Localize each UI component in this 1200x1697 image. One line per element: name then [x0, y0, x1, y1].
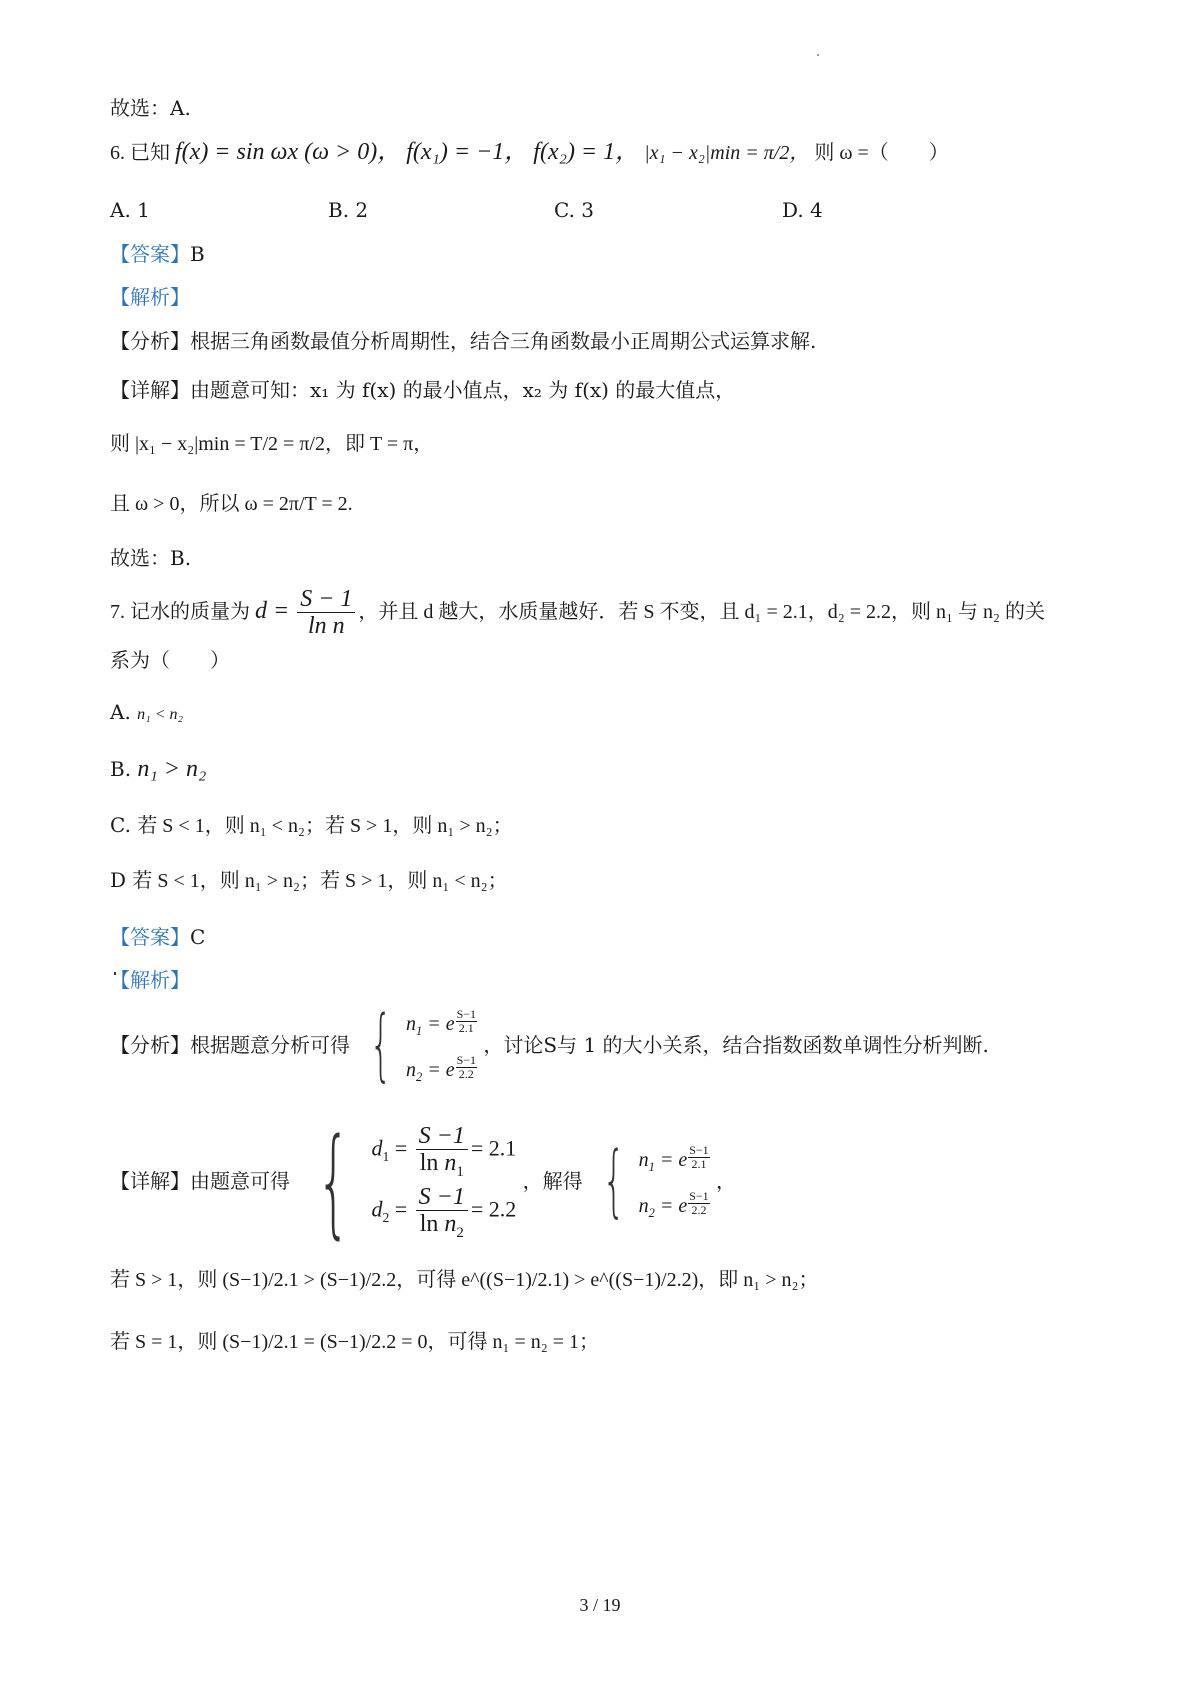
xiangjie-tag: 【详解】 — [110, 378, 190, 402]
q6-stem-suffix: 则 ω =（ ） — [814, 142, 948, 164]
q7-xiangjie: 【详解】由题意可得 { d1 = S −1ln n1= 2.1 d2 = S −… — [110, 1122, 736, 1240]
q6-xiangjie-line1: 【详解】由题意可知：x₁ 为 f(x) 的最小值点，x₂ 为 f(x) 的最大值… — [110, 378, 735, 402]
q7-quality-formula: S − 1 ln n — [297, 586, 355, 641]
page-number: 3 / 19 — [0, 1595, 1200, 1616]
q7-option-c: C. 若 S < 1，则 n₁ < n₂；若 S > 1，则 n₁ > n₂； — [110, 813, 513, 838]
system-n1: n1 = eS−12.1 — [406, 1008, 477, 1036]
q6-condition-1: f(x₁) = −1， — [406, 139, 528, 165]
document-page: 故选：A. 6. 已知 f(x) = sin ωx (ω > 0)， f(x₁)… — [0, 0, 1200, 1697]
q7-option-b: B. n₁ > n₂ — [110, 755, 206, 784]
q6-condition-3: |x₁ − x₂|min = π/2， — [644, 142, 809, 164]
answer-tag: 【答案】 — [110, 925, 190, 949]
answer-tag: 【答案】 — [110, 242, 190, 266]
system-n2: n2 = eS−12.2 — [639, 1190, 710, 1218]
q7-answer-value: C — [190, 925, 205, 949]
q6-stem: 6. 已知 f(x) = sin ωx (ω > 0)， f(x₁) = −1，… — [110, 138, 949, 167]
q6-answer: 【答案】B — [110, 242, 205, 266]
q6-analysis-tag: 【解析】 — [110, 285, 190, 309]
q6-number: 6. — [110, 142, 125, 164]
q7-fenxi: 【分析】根据题意分析可得 { n1 = eS−12.1 n2 = eS−12.2… — [110, 1006, 989, 1084]
q6-fenxi-text: 根据三角函数最值分析周期性，结合三角函数最小正周期公式运算求解. — [190, 329, 816, 353]
q6-answer-value: B — [190, 242, 205, 266]
q7-n-system: { n1 = eS−12.1 n2 = eS−12.2 — [589, 1142, 710, 1220]
system-d1: d1 = S −1ln n1= 2.1 — [371, 1123, 516, 1178]
q6-fenxi: 【分析】根据三角函数最值分析周期性，结合三角函数最小正周期公式运算求解. — [110, 329, 816, 353]
q7-answer: 【答案】C — [110, 925, 205, 949]
system-d2: d2 = S −1ln n2= 2.2 — [371, 1184, 516, 1239]
q6-xiangjie-line3: 且 ω > 0，所以 ω = 2π/T = 2. — [110, 492, 353, 516]
q6-final-choice: 故选：B. — [110, 546, 191, 570]
q7-number: 7. — [110, 601, 125, 623]
q6-option-a: A. 1 — [110, 198, 150, 222]
prev-final-choice: 故选：A. — [110, 96, 191, 120]
q7-option-a: A. n₁ < n₂ — [110, 700, 183, 724]
left-brace: { — [370, 1006, 392, 1084]
scan-artifact-dot — [817, 54, 819, 56]
left-brace: { — [317, 1122, 351, 1240]
q7-stem-a: 记水的质量为 — [130, 601, 250, 623]
q6-stem-prefix: 已知 — [130, 142, 170, 164]
q7-stem-b: ，并且 d 越大，水质量越好．若 S 不变，且 d₁ = 2.1，d₂ = 2.… — [358, 601, 1045, 623]
q6-option-c: C. 3 — [554, 198, 594, 222]
q7-option-d: D 若 S < 1，则 n₁ > n₂；若 S > 1，则 n₁ < n₂； — [110, 868, 508, 893]
q6-xiangjie-line2: 则 |x₁ − x₂|min = T/2 = π/2，即 T = π， — [110, 432, 433, 456]
xiangjie-tag: 【详解】 — [110, 1169, 190, 1193]
q7-fenxi-system: { n1 = eS−12.1 n2 = eS−12.2 — [356, 1006, 477, 1084]
q6-xiangjie-text1: 由题意可知：x₁ 为 f(x) 的最小值点，x₂ 为 f(x) 的最大值点， — [190, 378, 735, 402]
q7-analysis-tag: 【解析】 — [110, 968, 190, 992]
system-n2: n2 = eS−12.2 — [406, 1054, 477, 1082]
fenxi-tag: 【分析】 — [110, 329, 190, 353]
q6-condition-2: f(x₂) = 1， — [533, 139, 639, 165]
left-brace: { — [603, 1142, 625, 1220]
q7-case-s-greater-1: 若 S > 1，则 (S−1)/2.1 > (S−1)/2.2，可得 e^((S… — [110, 1268, 818, 1292]
q6-option-b: B. 2 — [328, 198, 368, 222]
q7-stem-line1: 7. 记水的质量为 d = S − 1 ln n ，并且 d 越大，水质量越好．… — [110, 586, 1045, 641]
q6-function-def: f(x) = sin ωx (ω > 0)， — [175, 139, 401, 165]
q7-stem-line2: 系为（ ） — [110, 648, 230, 672]
q6-option-d: D. 4 — [782, 198, 823, 222]
system-n1: n1 = eS−12.1 — [639, 1144, 710, 1172]
fenxi-tag: 【分析】 — [110, 1033, 190, 1057]
q7-case-s-equal-1: 若 S = 1，则 (S−1)/2.1 = (S−1)/2.2 = 0，可得 n… — [110, 1330, 599, 1354]
q7-d-system: { d1 = S −1ln n1= 2.1 d2 = S −1ln n2= 2.… — [296, 1122, 516, 1240]
